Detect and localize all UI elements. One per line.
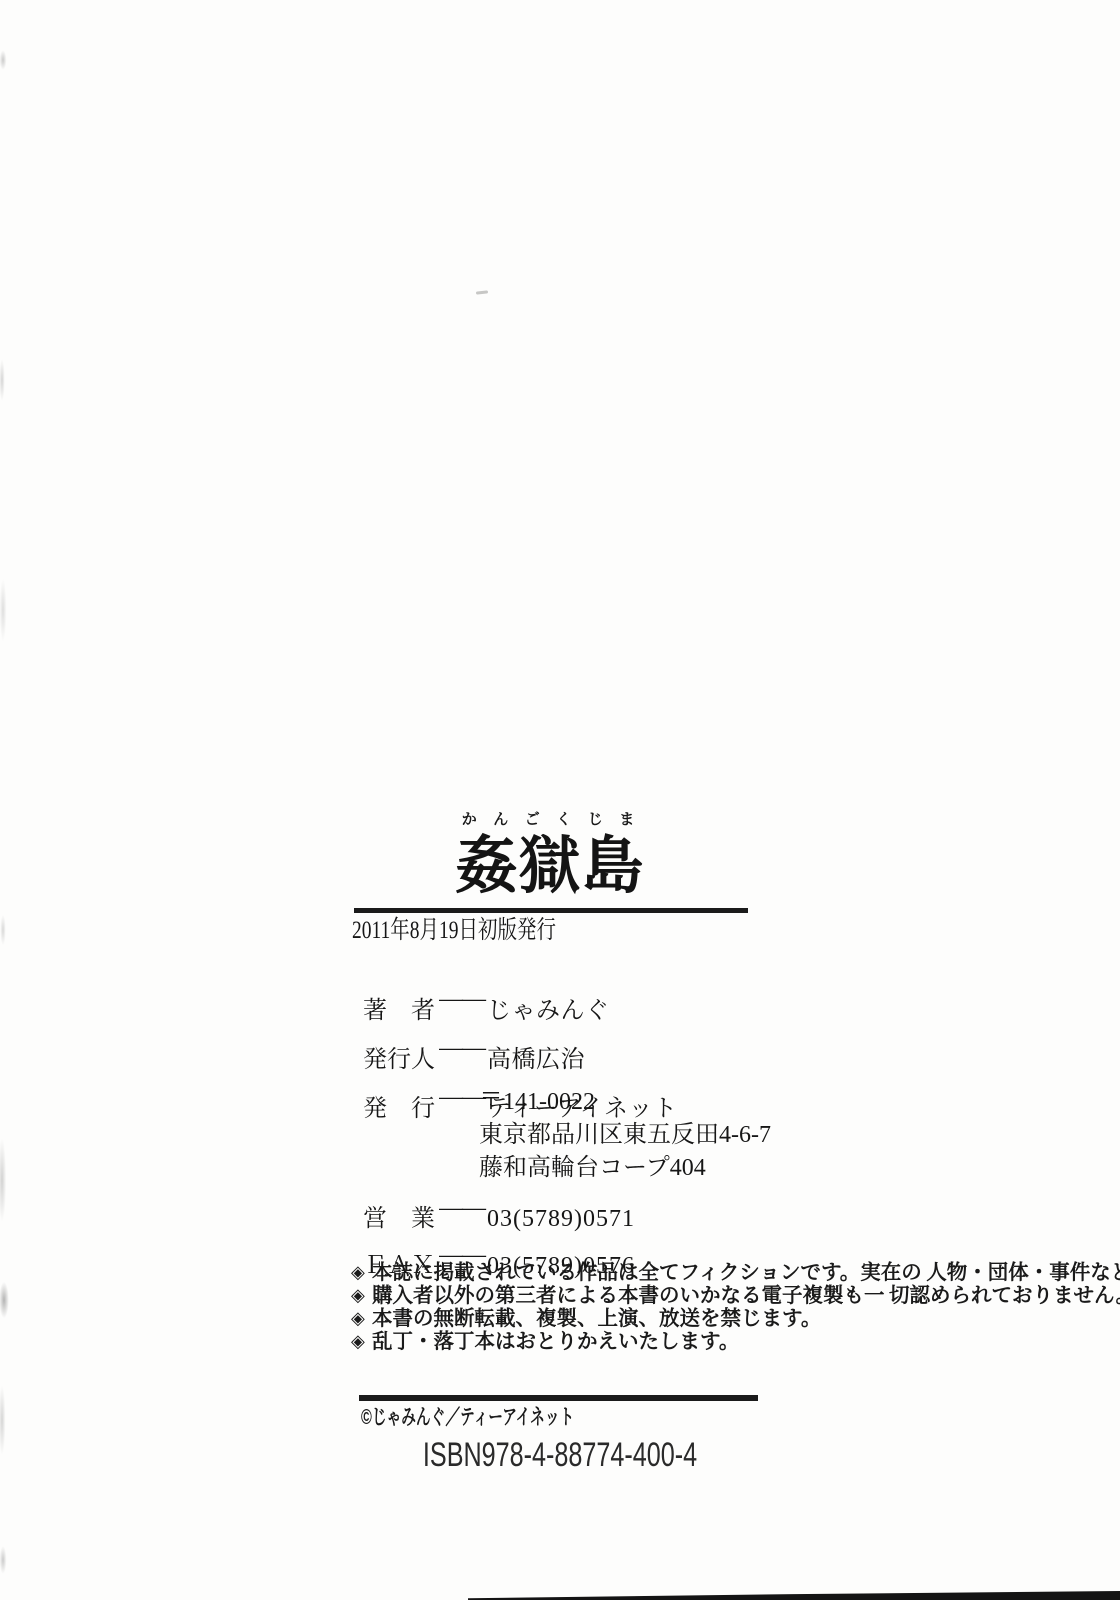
scan-speck-artifact	[476, 290, 488, 294]
postal-code: 〒141-0022	[479, 1086, 771, 1119]
sales-label: 営 業	[363, 1201, 439, 1237]
author-dash: ——	[439, 981, 487, 1018]
notice-line: 本誌に掲載されている作品は全てフィクションです。実在の	[372, 1261, 922, 1284]
notice-defective-copies: ◈ 乱丁・落丁本はおとりかえいたします。	[351, 1330, 1120, 1353]
title-furigana-3: じま	[582, 812, 645, 833]
title-char-3: 島じま	[582, 833, 645, 901]
publisher-person-dash: ——	[439, 1030, 487, 1067]
sales-dash: ——	[439, 1190, 487, 1226]
legal-notices: ◈ 本誌に掲載されている作品は全てフィクションです。実在の 人物・団体・事件など…	[351, 1261, 1120, 1353]
edition-date: 2011年8月19日初版発行	[352, 916, 556, 946]
address-line-2: 藤和高輪台コープ404	[479, 1152, 771, 1185]
title-divider-rule	[354, 908, 748, 913]
contact-row-sales: 営 業——03(5789)0571	[363, 1190, 635, 1237]
author-label: 著 者	[363, 993, 439, 1030]
copyright-line: ©じゃみんぐ／ティーアイネット	[361, 1405, 574, 1431]
colophon-page: 姦かん獄ごく島じま 2011年8月19日初版発行 著 者——じゃみんぐ 発行人—…	[0, 0, 1120, 1600]
diamond-marker-icon: ◈	[351, 1261, 372, 1284]
title-furigana-2: ごく	[518, 812, 581, 833]
title-kanji-1: 姦	[455, 833, 518, 901]
isbn-number: ISBN978-4-88774-400-4	[146, 1437, 975, 1473]
publisher-person-name: 高橋広治	[487, 1047, 585, 1073]
diamond-marker-icon: ◈	[351, 1284, 372, 1307]
publisher-address: 〒141-0022 東京都品川区東五反田4-6-7 藤和高輪台コープ404	[479, 1086, 771, 1185]
book-title: 姦かん獄ごく島じま	[352, 812, 748, 898]
scan-edge-artifact	[468, 1591, 1120, 1600]
notice-line: 人物・団体・事件などはいっさい関係がありません。	[926, 1261, 1120, 1284]
notice-fiction-disclaimer: ◈ 本誌に掲載されている作品は全てフィクションです。実在の 人物・団体・事件など…	[351, 1261, 1120, 1284]
book-title-block: 姦かん獄ごく島じま	[352, 812, 748, 898]
author-name: じゃみんぐ	[487, 998, 610, 1024]
notice-line: 切認められておりません。	[889, 1284, 1120, 1307]
diamond-marker-icon: ◈	[351, 1330, 372, 1353]
title-furigana-1: かん	[455, 812, 518, 833]
sales-phone: 03(5789)0571	[487, 1206, 635, 1232]
notice-line: 購入者以外の第三者による本書のいかなる電子複製も一	[372, 1284, 885, 1307]
credit-row-publisher-person: 発行人——高橋広治	[363, 1030, 677, 1079]
notice-reproduction: ◈ 本書の無断転載、複製、上演、放送を禁じます。	[351, 1307, 1120, 1330]
publisher-label: 発 行	[363, 1091, 439, 1128]
title-char-2: 獄ごく	[518, 833, 581, 901]
title-char-1: 姦かん	[455, 833, 518, 901]
diamond-marker-icon: ◈	[351, 1307, 372, 1330]
notice-line: 本書の無断転載、複製、上演、放送を禁じます。	[372, 1307, 821, 1330]
credit-row-author: 著 者——じゃみんぐ	[363, 981, 677, 1030]
address-line-1: 東京都品川区東五反田4-6-7	[479, 1119, 771, 1152]
scan-smudge-artifacts	[0, 0, 18, 1600]
title-kanji-2: 獄	[518, 833, 581, 901]
bottom-divider-rule	[359, 1395, 758, 1401]
publisher-person-label: 発行人	[363, 1042, 439, 1079]
notice-digital-copy: ◈ 購入者以外の第三者による本書のいかなる電子複製も一 切認められておりません。	[351, 1284, 1120, 1307]
title-kanji-3: 島	[582, 833, 645, 901]
notice-line: 乱丁・落丁本はおとりかえいたします。	[372, 1330, 739, 1353]
